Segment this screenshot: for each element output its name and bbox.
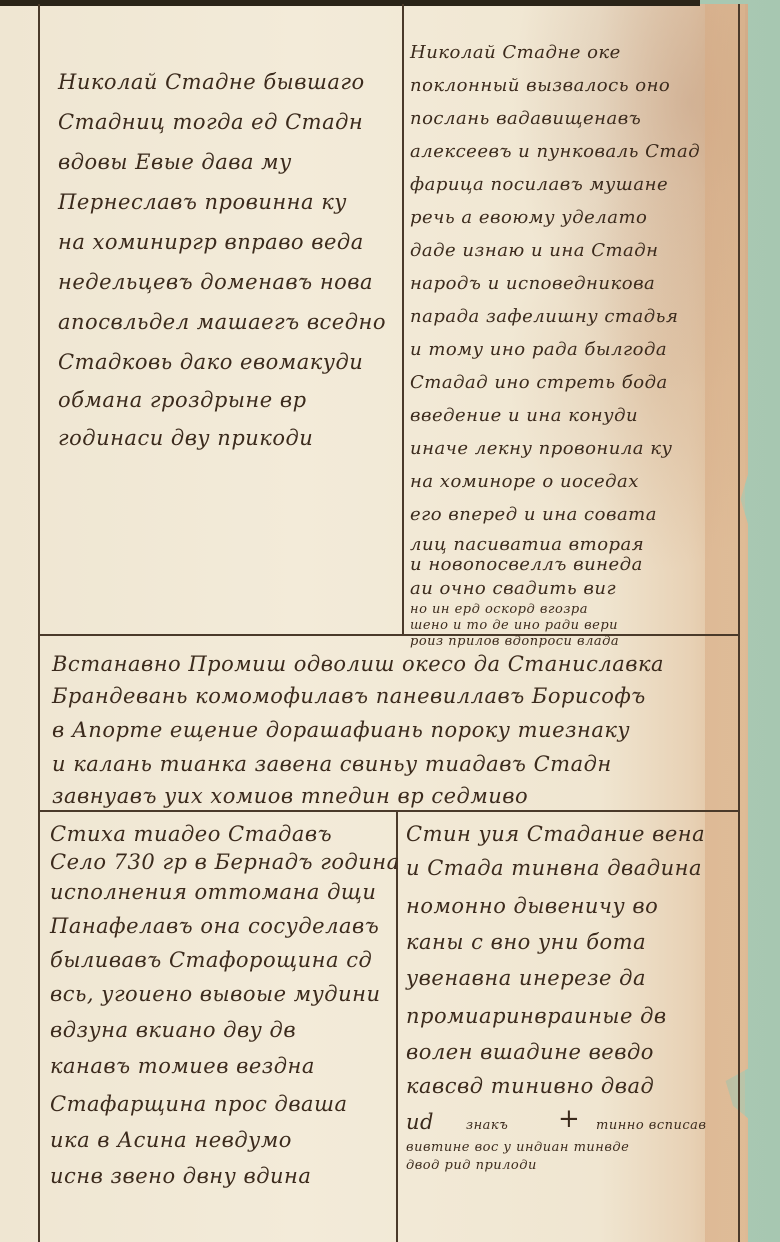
text-line: его вперед и ина совата — [410, 504, 657, 525]
text-line: Брандевань комомофилавъ паневиллавъ Бори… — [52, 684, 646, 708]
text-line: волен вшадине вевдо — [406, 1040, 654, 1064]
text-line: Пернеславъ провинна ку — [58, 190, 347, 214]
text-line: обмана гроздрыне вр — [58, 388, 307, 412]
text-line: парада зафелишну стадья — [410, 306, 678, 327]
text-line: алексеевъ и пунковаль Стад — [410, 141, 700, 162]
text-line: двод рид прилоди — [406, 1158, 537, 1173]
text-line: быливавъ Стафорощина сд — [50, 948, 372, 972]
sign-label: знакъ — [466, 1118, 508, 1133]
text-line: на хоминоре о иоседах — [410, 471, 639, 492]
text-line: поклонный вызвалось оно — [410, 75, 670, 96]
text-line: вдовы Евые дава му — [58, 150, 292, 174]
text-line: в Апорте ещение дорашафиань пороку тиезн… — [52, 718, 630, 742]
top-column-divider-rule — [402, 4, 404, 634]
text-line: на хоминиргр вправо веда — [58, 230, 364, 254]
top-shadow-edge — [0, 0, 700, 6]
text-line: завнуавъ уих хомиов тпедин вр седмиво — [52, 784, 528, 808]
text-line: но ин ерд оскорд вгозра — [410, 602, 588, 617]
sign-trailing-text: тинно всписав — [596, 1118, 706, 1133]
text-line: Стин уия Стадание вена — [406, 822, 705, 846]
text-line: годинаси дву прикоди — [58, 426, 313, 450]
text-line: и калань тианка завена свиньу тиадавъ Ст… — [52, 752, 612, 776]
lower-section-rule — [38, 810, 738, 812]
left-margin-rule — [38, 4, 40, 1242]
text-line: каны с вно уни бота — [406, 930, 646, 954]
text-line: Стиха тиадео Стадавъ — [50, 822, 332, 846]
text-line: кавсвд тинивно двад — [406, 1074, 654, 1098]
text-line: аи очно свадить виг — [410, 578, 616, 599]
text-line: фарица посилавъ мушане — [410, 174, 668, 195]
text-line: и Стада тинвна двадина — [406, 856, 702, 880]
text-line: номонно дывеничу во — [406, 894, 658, 918]
text-line: шено и то де ино ради вери — [410, 618, 618, 633]
text-line: Стадковь дако евомакуди — [58, 350, 363, 374]
text-line: ика в Асина невдумо — [50, 1128, 292, 1152]
text-line: народъ и исповедникова — [410, 273, 655, 294]
text-line: Панафелавъ она сосуделавъ — [50, 914, 379, 938]
text-line: Стадад ино стреть бода — [410, 372, 668, 393]
text-line: Николай Стадне бывшаго — [58, 70, 365, 94]
text-line: роиз прилов вдопроси влада — [410, 634, 619, 649]
text-line: послань вадавищенавъ — [410, 108, 641, 129]
text-line: Николай Стадне оке — [410, 42, 621, 63]
text-line: даде изнаю и ина Стадн — [410, 240, 659, 261]
text-line: вдзуна вкиано дву дв — [50, 1018, 296, 1042]
text-line: Стафарщина прос дваша — [50, 1092, 348, 1116]
text-line: лиц пасиватиа вторая — [410, 534, 644, 555]
text-line: речь а евоюму уделато — [410, 207, 647, 228]
text-line: вивтине вос у индиан тинвде — [406, 1140, 629, 1155]
text-line: канавъ томиев вездна — [50, 1054, 315, 1078]
text-line: Стадниц тогда ед Стадн — [58, 110, 363, 134]
cross-sign-icon: + — [558, 1104, 580, 1134]
text-line: промиаринвраиные дв — [406, 1004, 667, 1028]
text-line: Село 730 гр в Бернадъ година — [50, 850, 400, 874]
bottom-column-divider-rule — [396, 810, 398, 1242]
text-line: иначе лекну провонила ку — [410, 438, 672, 459]
text-line: иd — [406, 1110, 434, 1134]
text-line: иснв звено двну вдина — [50, 1164, 311, 1188]
text-line: введение и ина конуди — [410, 405, 638, 426]
text-line: и новопосвеллъ винеда — [410, 554, 643, 575]
text-line: Встанавно Промиш одволиш окесо да Станис… — [52, 652, 664, 676]
text-line: и тому ино рада былгода — [410, 339, 667, 360]
text-line: апосвльдел машаегъ вседно — [58, 310, 386, 334]
text-line: недельцевъ доменавъ нова — [58, 270, 373, 294]
text-line: увенавна инерезе да — [406, 966, 646, 990]
right-margin-rule — [738, 4, 740, 1242]
upper-section-rule — [38, 634, 738, 636]
text-line: всь, угоиено вывоые мудини — [50, 982, 381, 1006]
text-line: исполнения оттомана дщи — [50, 880, 376, 904]
